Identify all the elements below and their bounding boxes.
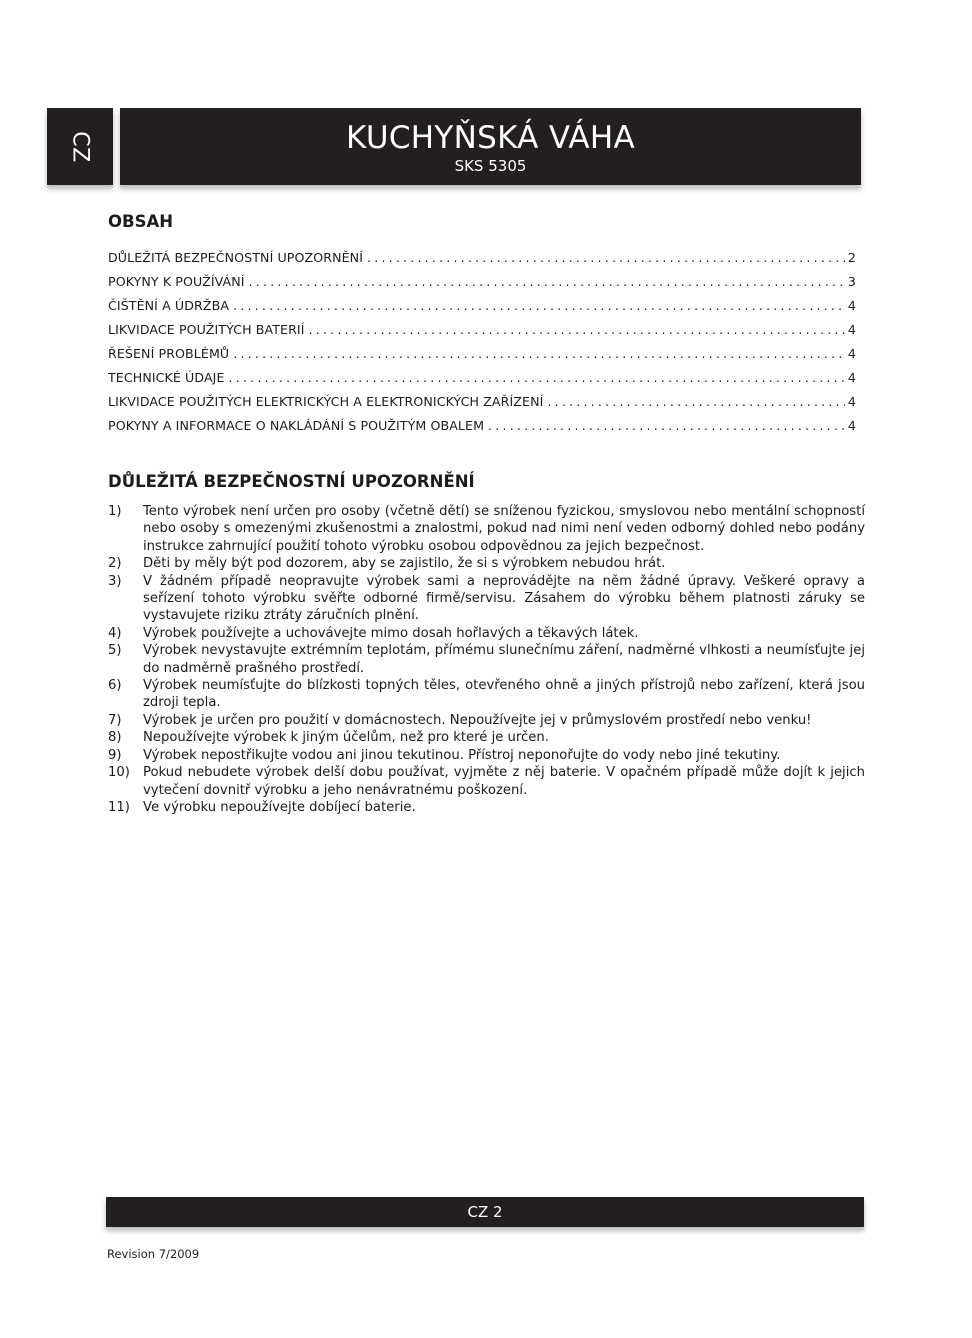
item-text: Děti by měly být pod dozorem, aby se zaj… [143, 555, 865, 572]
dot-leader [233, 298, 845, 313]
table-of-contents: DŮLEŽITÁ BEZPEČNOSTNÍ UPOZORNĚNÍ2 POKYNY… [108, 250, 856, 442]
toc-item[interactable]: TECHNICKÉ ÚDAJE4 [108, 370, 856, 394]
toc-item-page: 2 [848, 250, 856, 265]
toc-item-page: 4 [848, 322, 856, 337]
safety-item: 1)Tento výrobek není určen pro osoby (vč… [108, 503, 865, 555]
safety-item: 4)Výrobek používejte a uchovávejte mimo … [108, 625, 865, 642]
toc-item-page: 4 [848, 346, 856, 361]
item-number: 5) [108, 642, 143, 677]
item-text: Výrobek neumísťujte do blízkosti topných… [143, 677, 865, 712]
item-number: 11) [108, 799, 143, 816]
toc-item-label: POKYNY A INFORMACE O NAKLÁDÁNÍ S POUŽITÝ… [108, 418, 484, 433]
toc-item[interactable]: ŘEŠENÍ PROBLÉMŮ4 [108, 346, 856, 370]
toc-item-label: ČIŠTĚNÍ A ÚDRŽBA [108, 298, 229, 313]
toc-item-page: 4 [848, 418, 856, 433]
safety-item: 3)V žádném případě neopravujte výrobek s… [108, 573, 865, 625]
safety-item: 6)Výrobek neumísťujte do blízkosti topný… [108, 677, 865, 712]
toc-item-page: 4 [848, 394, 856, 409]
toc-item[interactable]: POKYNY A INFORMACE O NAKLÁDÁNÍ S POUŽITÝ… [108, 418, 856, 442]
toc-item[interactable]: LIKVIDACE POUŽITÝCH BATERIÍ4 [108, 322, 856, 346]
item-text: V žádném případě neopravujte výrobek sam… [143, 573, 865, 625]
item-number: 6) [108, 677, 143, 712]
item-text: Výrobek používejte a uchovávejte mimo do… [143, 625, 865, 642]
item-number: 8) [108, 729, 143, 746]
safety-item: 11)Ve výrobku nepoužívejte dobíjecí bate… [108, 799, 865, 816]
toc-item-label: LIKVIDACE POUŽITÝCH ELEKTRICKÝCH A ELEKT… [108, 394, 543, 409]
toc-heading: OBSAH [108, 212, 173, 231]
toc-item-page: 4 [848, 370, 856, 385]
document-title: KUCHYŇSKÁ VÁHA [120, 120, 861, 156]
dot-leader [229, 370, 845, 385]
safety-item: 7)Výrobek je určen pro použití v domácno… [108, 712, 865, 729]
toc-item-label: TECHNICKÉ ÚDAJE [108, 370, 225, 385]
item-number: 10) [108, 764, 143, 799]
dot-leader [547, 394, 844, 409]
toc-item[interactable]: LIKVIDACE POUŽITÝCH ELEKTRICKÝCH A ELEKT… [108, 394, 856, 418]
item-number: 2) [108, 555, 143, 572]
dot-leader [367, 250, 845, 265]
model-number: SKS 5305 [120, 157, 861, 175]
toc-item[interactable]: POKYNY K POUŽÍVÁNÍ3 [108, 274, 856, 298]
item-text: Ve výrobku nepoužívejte dobíjecí baterie… [143, 799, 865, 816]
safety-heading: DŮLEŽITÁ BEZPEČNOSTNÍ UPOZORNĚNÍ [108, 472, 475, 491]
dot-leader [309, 322, 845, 337]
toc-item-label: ŘEŠENÍ PROBLÉMŮ [108, 346, 229, 361]
item-number: 7) [108, 712, 143, 729]
toc-item-label: POKYNY K POUŽÍVÁNÍ [108, 274, 245, 289]
language-tab: CZ [47, 108, 113, 185]
item-text: Tento výrobek není určen pro osoby (včet… [143, 503, 865, 555]
safety-item: 10)Pokud nebudete výrobek delší dobu pou… [108, 764, 865, 799]
toc-item-label: LIKVIDACE POUŽITÝCH BATERIÍ [108, 322, 305, 337]
safety-item: 8)Nepoužívejte výrobek k jiným účelům, n… [108, 729, 865, 746]
item-text: Výrobek nevystavujte extrémním teplotám,… [143, 642, 865, 677]
toc-item-label: DŮLEŽITÁ BEZPEČNOSTNÍ UPOZORNĚNÍ [108, 250, 363, 265]
item-text: Nepoužívejte výrobek k jiným účelům, než… [143, 729, 865, 746]
item-text: Pokud nebudete výrobek delší dobu použív… [143, 764, 865, 799]
safety-item: 9)Výrobek nepostřikujte vodou ani jinou … [108, 747, 865, 764]
title-banner: KUCHYŇSKÁ VÁHA SKS 5305 [120, 108, 861, 185]
toc-item-page: 4 [848, 298, 856, 313]
safety-item: 5)Výrobek nevystavujte extrémním teplotá… [108, 642, 865, 677]
page-number: CZ 2 [467, 1197, 502, 1227]
item-text: Výrobek je určen pro použití v domácnost… [143, 712, 865, 729]
item-text: Výrobek nepostřikujte vodou ani jinou te… [143, 747, 865, 764]
revision-note: Revision 7/2009 [107, 1247, 199, 1261]
item-number: 4) [108, 625, 143, 642]
dot-leader [233, 346, 845, 361]
dot-leader [488, 418, 845, 433]
item-number: 3) [108, 573, 143, 625]
dot-leader [249, 274, 845, 289]
safety-item: 2)Děti by měly být pod dozorem, aby se z… [108, 555, 865, 572]
item-number: 1) [108, 503, 143, 555]
toc-item-page: 3 [848, 274, 856, 289]
language-label: CZ [68, 131, 93, 162]
footer-bar: CZ 2 [106, 1197, 864, 1227]
toc-item[interactable]: DŮLEŽITÁ BEZPEČNOSTNÍ UPOZORNĚNÍ2 [108, 250, 856, 274]
safety-instructions-list: 1)Tento výrobek není určen pro osoby (vč… [108, 503, 865, 816]
toc-item[interactable]: ČIŠTĚNÍ A ÚDRŽBA4 [108, 298, 856, 322]
item-number: 9) [108, 747, 143, 764]
